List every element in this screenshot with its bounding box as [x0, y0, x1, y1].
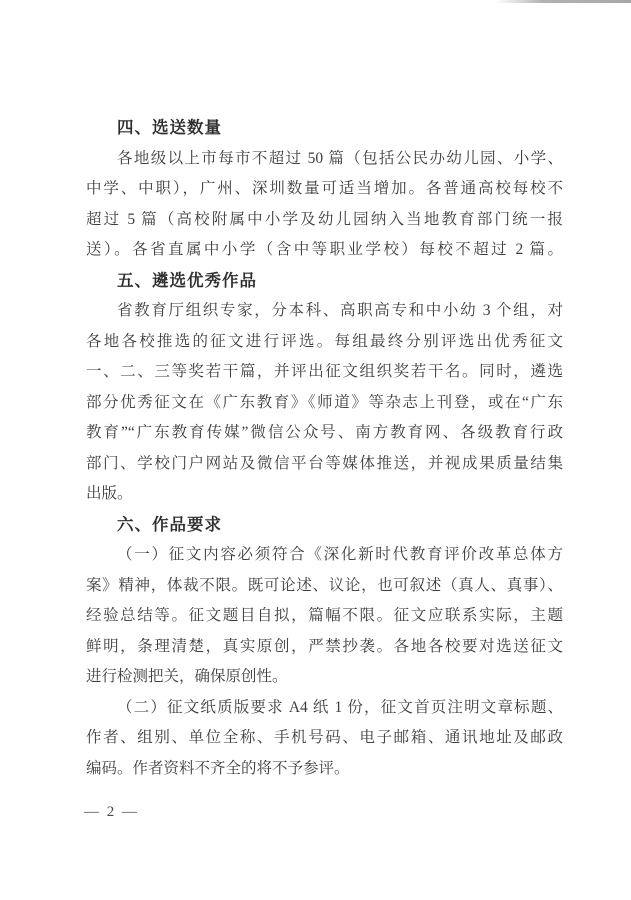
scan-artifact: [496, 0, 631, 3]
text-line: 出版。: [86, 479, 563, 510]
text-line: 进行检测把关，确保原创性。: [86, 662, 563, 693]
text-line: 教育”“广东教育传媒”微信公众号、南方教育网、各级教育行政: [86, 418, 563, 449]
text-line: （一）征文内容必须符合《深化新时代教育评价改革总体方: [86, 540, 563, 571]
text-line: 作者、组别、单位全称、手机号码、电子邮箱、通讯地址及邮政: [86, 723, 563, 754]
text-line: 鲜明，条理清楚，真实原创，严禁抄袭。各地各校要对选送征文: [86, 632, 563, 663]
text-line: 编码。作者资料不齐全的将不予参评。: [86, 754, 563, 785]
text-line: （二）征文纸质版要求 A4 纸 1 份，征文首页注明文章标题、: [86, 693, 563, 724]
text-line: 送）。各省直属中小学（含中等职业学校）每校不超过 2 篇。: [86, 235, 563, 266]
page-number: — 2 —: [84, 804, 139, 821]
document-page: 四、选送数量各地级以上市每市不超过 50 篇（包括公民办幼儿园、小学、中学、中职…: [0, 0, 631, 900]
text-line: 部分优秀征文在《广东教育》《师道》等杂志上刊登，或在“广东: [86, 388, 563, 419]
text-line: 一、二、三等奖若干篇，并评出征文组织奖若干名。同时，遴选: [86, 357, 563, 388]
text-line: 经验总结等。征文题目自拟，篇幅不限。征文应联系实际，主题: [86, 601, 563, 632]
text-line: 中学、中职），广州、深圳数量可适当增加。各普通高校每校不: [86, 174, 563, 205]
section-heading: 四、选送数量: [86, 113, 563, 144]
document-content: 四、选送数量各地级以上市每市不超过 50 篇（包括公民办幼儿园、小学、中学、中职…: [86, 113, 563, 784]
text-line: 部门、学校门户网站及微信平台等媒体推送，并视成果质量结集: [86, 449, 563, 480]
text-line: 案》精神，体裁不限。既可论述、议论，也可叙述（真人、真事）、: [86, 571, 563, 602]
text-line: 各地级以上市每市不超过 50 篇（包括公民办幼儿园、小学、: [86, 144, 563, 175]
section-heading: 六、作品要求: [86, 510, 563, 541]
text-line: 各地各校推选的征文进行评选。每组最终分别评选出优秀征文: [86, 327, 563, 358]
text-line: 超过 5 篇（高校附属中小学及幼儿园纳入当地教育部门统一报: [86, 205, 563, 236]
section-heading: 五、遴选优秀作品: [86, 266, 563, 297]
text-line: 省教育厅组织专家，分本科、高职高专和中小幼 3 个组，对: [86, 296, 563, 327]
